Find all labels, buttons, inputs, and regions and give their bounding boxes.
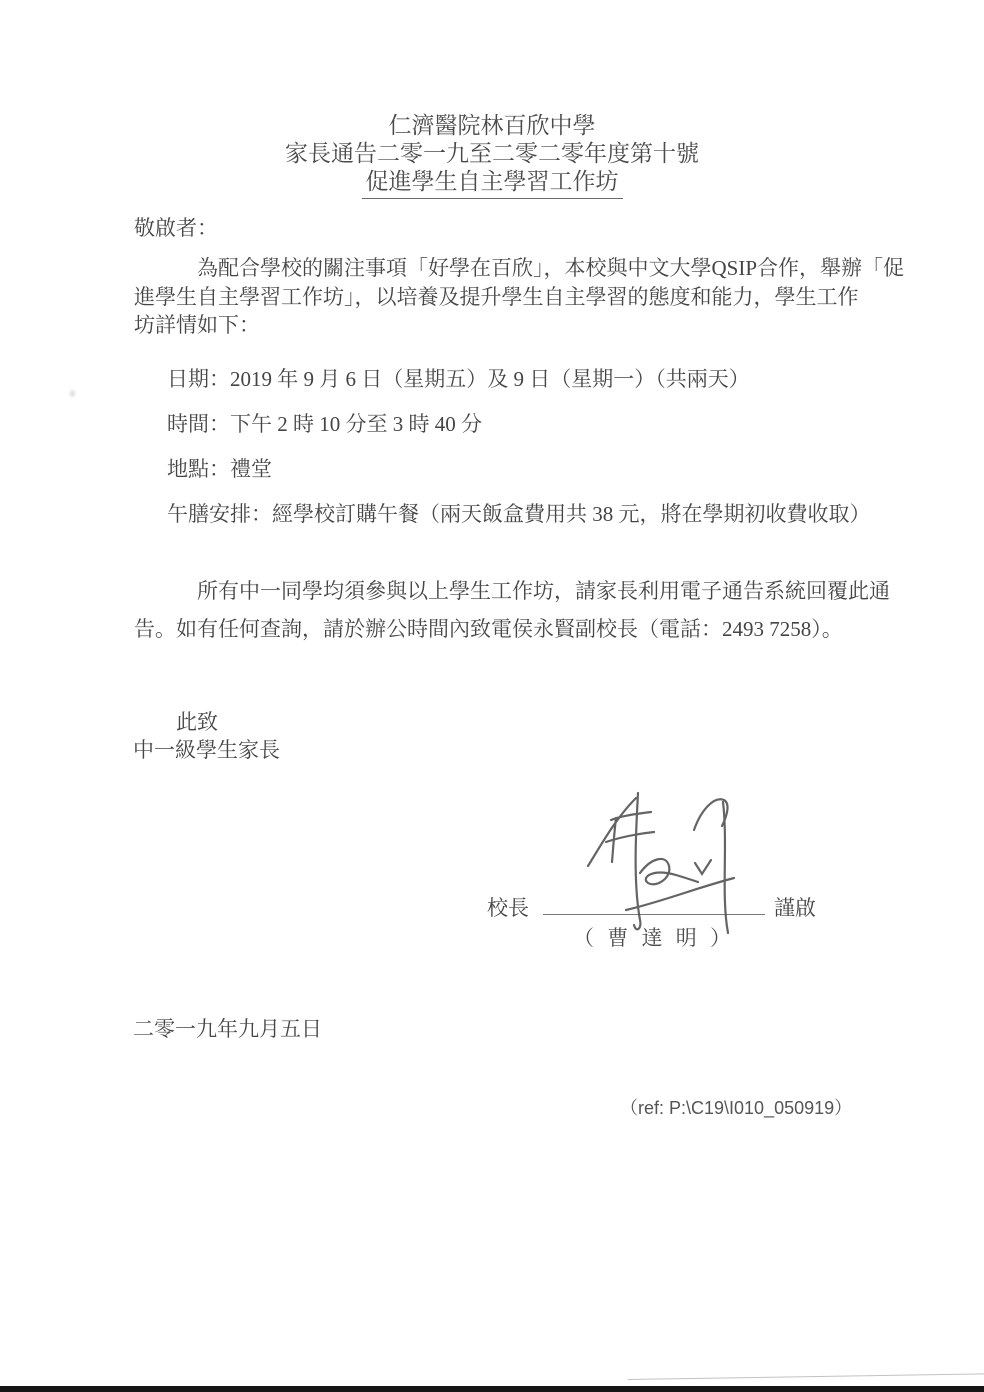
principal-label: 校長 bbox=[487, 892, 529, 922]
reference-number: （ref: P:\C19\I010_050919） bbox=[620, 1094, 852, 1120]
scan-speck-artifact bbox=[68, 388, 77, 399]
notice-subject-underlined: 促進學生自主學習工作坊 bbox=[362, 168, 623, 199]
signature-stroke bbox=[626, 878, 734, 910]
detail-lunch: 午膳安排：經學校訂購午餐（兩天飯盒費用共 38 元，將在學期初收費收取） bbox=[167, 498, 871, 528]
detail-time: 時間：下午 2 時 10 分至 3 時 40 分 bbox=[167, 408, 482, 438]
recipient: 中一級學生家長 bbox=[133, 734, 280, 764]
letter-date: 二零一九年九月五日 bbox=[133, 1013, 322, 1043]
notice-subject: 促進學生自主學習工作坊 bbox=[0, 168, 984, 199]
signature-stroke bbox=[695, 860, 711, 874]
signature-stroke bbox=[723, 802, 728, 933]
scanned-letter-page: 仁濟醫院林百欣中學 家長通告二零一九至二零二零年度第十號 促進學生自主學習工作坊… bbox=[0, 0, 984, 1392]
intro-line-3: 坊詳情如下： bbox=[134, 311, 904, 340]
closing-line-2: 告。如有任何查詢，請於辦公時間內致電侯永賢副校長（電話：2493 7258）。 bbox=[134, 610, 890, 648]
handwritten-signature bbox=[556, 790, 756, 940]
intro-line-1: 為配合學校的關注事項「好學在百欣」，本校與中文大學QSIP合作，舉辦「促 bbox=[134, 254, 904, 283]
valediction: 此致 bbox=[176, 706, 218, 736]
closing-paragraph: 所有中一同學均須參與以上學生工作坊，請家長利用電子通告系統回覆此通 告。如有任何… bbox=[134, 572, 890, 648]
signature-stroke bbox=[640, 859, 698, 884]
detail-date: 日期：2019 年 9 月 6 日（星期五）及 9 日（星期一）（共兩天） bbox=[167, 363, 750, 393]
scan-diagonal-line-artifact bbox=[628, 1373, 984, 1380]
notice-number-line: 家長通告二零一九至二零二零年度第十號 bbox=[0, 140, 984, 168]
detail-venue: 地點：禮堂 bbox=[167, 453, 272, 483]
intro-paragraph: 為配合學校的關注事項「好學在百欣」，本校與中文大學QSIP合作，舉辦「促 進學生… bbox=[134, 254, 904, 340]
school-name: 仁濟醫院林百欣中學 bbox=[0, 112, 984, 140]
respectfully-label: 謹啟 bbox=[774, 892, 816, 922]
letterhead: 仁濟醫院林百欣中學 家長通告二零一九至二零二零年度第十號 促進學生自主學習工作坊 bbox=[0, 112, 984, 199]
salutation: 敬啟者： bbox=[134, 212, 218, 242]
intro-line-2: 進學生自主學習工作坊」，以培養及提升學生自主學習的態度和能力，學生工作 bbox=[134, 283, 904, 312]
scan-bottom-edge-artifact bbox=[0, 1386, 984, 1392]
closing-line-1: 所有中一同學均須參與以上學生工作坊，請家長利用電子通告系統回覆此通 bbox=[134, 572, 890, 610]
